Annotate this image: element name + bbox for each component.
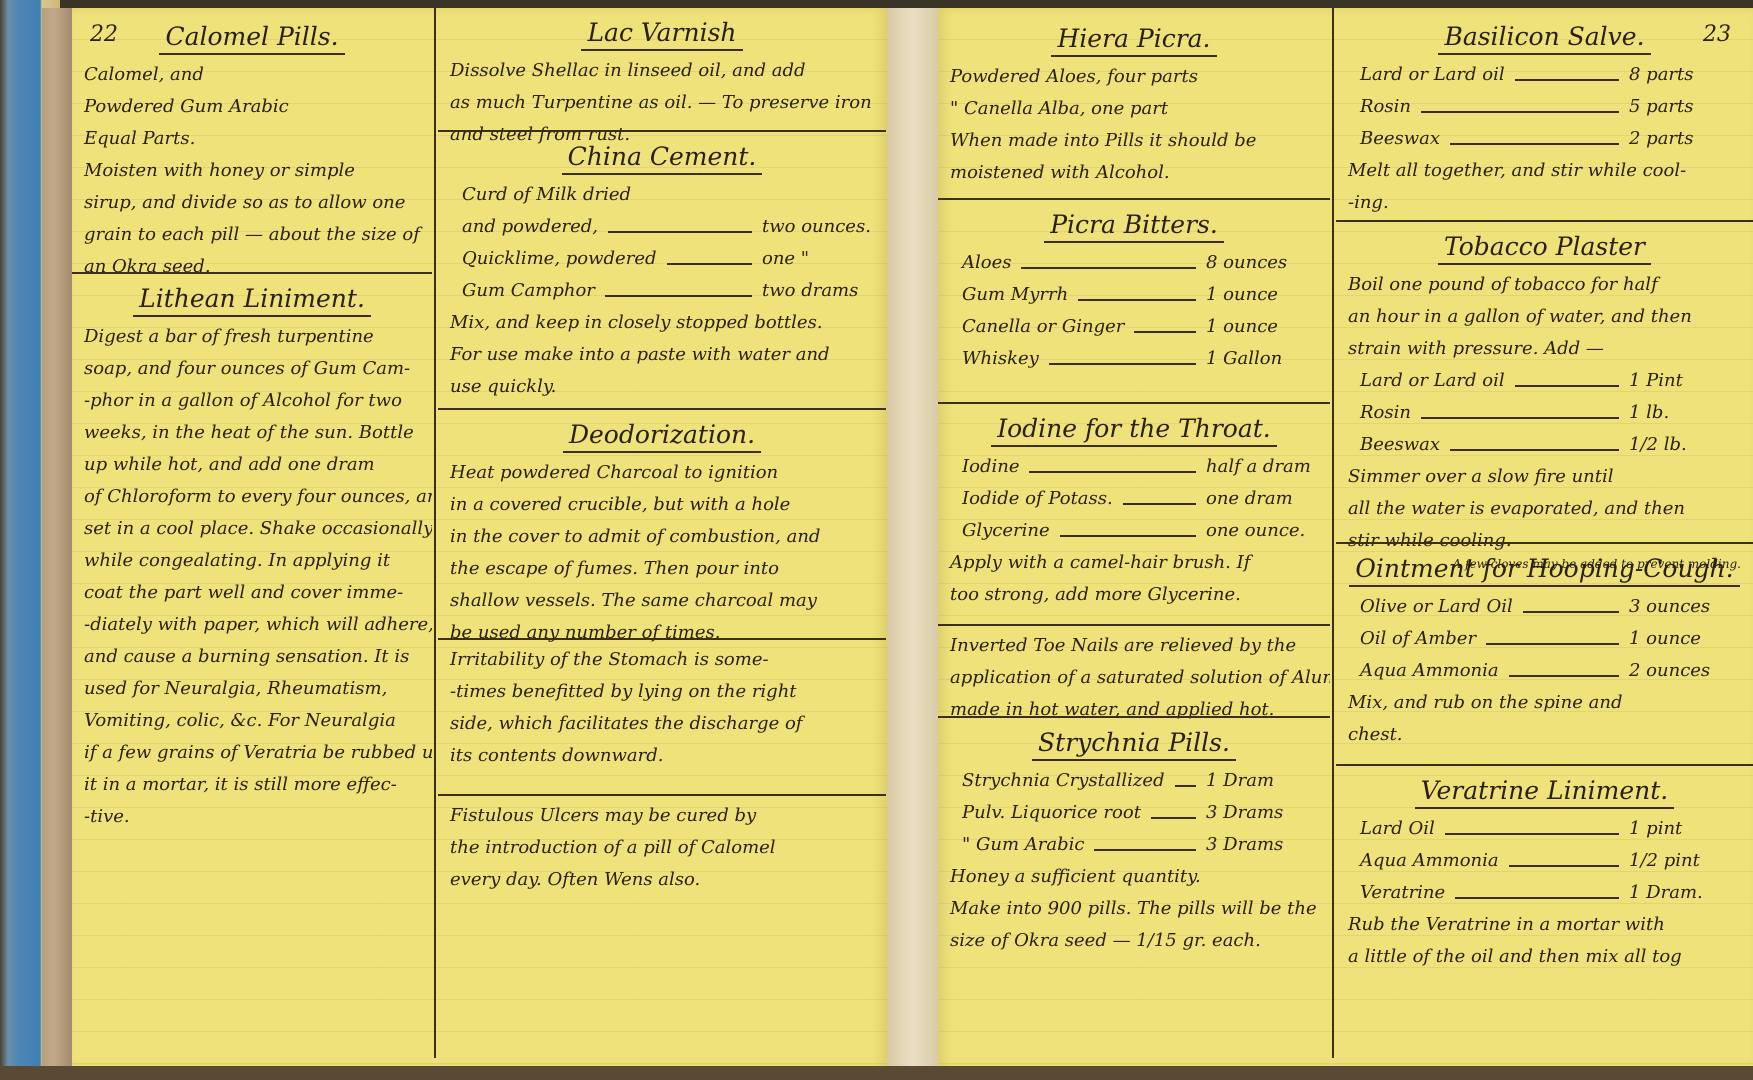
leader-line — [1450, 123, 1619, 145]
text-line: and cause a burning sensation. It is — [72, 641, 432, 673]
text-line: its contents downward. — [438, 740, 886, 772]
section-divider — [438, 794, 886, 796]
section-divider — [938, 198, 1330, 200]
leader-line — [1134, 311, 1196, 333]
ingredient-row: " Gum Arabic3 Drams — [938, 829, 1330, 861]
ingredient-quantity: 1 Gallon — [1206, 343, 1316, 375]
book-bottom-edge — [0, 1066, 1753, 1080]
ingredient-name: Lard or Lard oil — [1360, 59, 1505, 91]
ingredient-name: Quicklime, powdered — [462, 243, 657, 275]
text-line: Heat powdered Charcoal to ignition — [438, 457, 886, 489]
ingredient-quantity: 1 Dram. — [1629, 877, 1739, 909]
text-line: of Chloroform to every four ounces, and — [72, 481, 432, 513]
ingredient-row: Glycerineone ounce. — [938, 515, 1330, 547]
ingredient-quantity: 2 parts — [1629, 123, 1739, 155]
leader-line — [1445, 813, 1619, 835]
text-line: Mix, and keep in closely stopped bottles… — [438, 307, 886, 339]
recipe-title-text: Calomel Pills. — [159, 22, 344, 55]
ingredient-row: Lard or Lard oil1 Pint — [1336, 365, 1753, 397]
section-divider — [938, 624, 1330, 626]
text-line: -phor in a gallon of Alcohol for two — [72, 385, 432, 417]
left-column-2: Lac VarnishDissolve Shellac in linseed o… — [438, 8, 886, 1068]
ingredient-row: Curd of Milk dried — [438, 179, 886, 211]
text-line: Apply with a camel-hair brush. If — [938, 547, 1330, 579]
recipe-block: Veratrine Liniment.Lard Oil1 pintAqua Am… — [1336, 770, 1753, 973]
column-divider — [1332, 8, 1334, 1058]
text-line: Simmer over a slow fire until — [1336, 461, 1753, 493]
recipe-title-text: Deodorization. — [563, 420, 761, 453]
leader-line — [1123, 483, 1196, 505]
text-line: " Canella Alba, one part — [938, 93, 1330, 125]
text-line: Honey a sufficient quantity. — [938, 861, 1330, 893]
text-line: strain with pressure. Add — — [1336, 333, 1753, 365]
recipe-title: Ointment for Hooping-Cough. — [1336, 554, 1753, 583]
ingredient-name: Veratrine — [1360, 877, 1445, 909]
right-page: 23 Hiera Picra.Powdered Aloes, four part… — [938, 8, 1753, 1068]
recipe-title-text: Tobacco Plaster — [1438, 232, 1651, 265]
text-line: as much Turpentine as oil. — To preserve… — [438, 87, 886, 119]
recipe-title-text: Veratrine Liniment. — [1415, 776, 1675, 809]
text-line: application of a saturated solution of A… — [938, 662, 1330, 694]
text-line: For use make into a paste with water and — [438, 339, 886, 371]
ingredient-name: Rosin — [1360, 397, 1411, 429]
ingredient-quantity: 3 ounces — [1629, 591, 1739, 623]
text-line: every day. Often Wens also. — [438, 864, 886, 896]
text-line: sirup, and divide so as to allow one — [72, 187, 432, 219]
text-line: Rub the Veratrine in a mortar with — [1336, 909, 1753, 941]
ingredient-name: Beeswax — [1360, 123, 1440, 155]
text-line: the introduction of a pill of Calomel — [438, 832, 886, 864]
text-line: side, which facilitates the discharge of — [438, 708, 886, 740]
text-line: -times benefitted by lying on the right — [438, 676, 886, 708]
section-divider — [72, 272, 432, 274]
ingredient-row: Quicklime, powderedone " — [438, 243, 886, 275]
ingredient-quantity — [762, 179, 872, 211]
ingredient-name: Aqua Ammonia — [1360, 655, 1499, 687]
recipe-title-text: Basilicon Salve. — [1438, 22, 1650, 55]
ingredient-row: Rosin5 parts — [1336, 91, 1753, 123]
section-divider — [438, 130, 886, 132]
leader-line — [1509, 655, 1619, 677]
leader-line — [608, 211, 752, 233]
recipe-title-text: Ointment for Hooping-Cough. — [1349, 554, 1739, 587]
recipe-title: Deodorization. — [438, 420, 886, 449]
leader-line — [1060, 515, 1196, 537]
leader-line — [1515, 59, 1619, 81]
ingredient-row: Strychnia Crystallized1 Dram — [938, 765, 1330, 797]
ingredient-row: and powdered,two ounces. — [438, 211, 886, 243]
text-line: a little of the oil and then mix all tog — [1336, 941, 1753, 973]
leader-line — [1151, 797, 1196, 819]
recipe-title-text: Strychnia Pills. — [1032, 728, 1236, 761]
recipe-block: Hiera Picra.Powdered Aloes, four parts" … — [938, 18, 1330, 189]
text-line: Digest a bar of fresh turpentine — [72, 321, 432, 353]
recipe-title: Iodine for the Throat. — [938, 414, 1330, 443]
recipe-title: Lithean Liniment. — [72, 284, 432, 313]
ingredient-name: Gum Camphor — [462, 275, 595, 307]
text-line: weeks, in the heat of the sun. Bottle — [72, 417, 432, 449]
ingredient-name: " Gum Arabic — [962, 829, 1084, 861]
text-line: used for Neuralgia, Rheumatism, — [72, 673, 432, 705]
ingredient-quantity: 8 parts — [1629, 59, 1739, 91]
recipe-block: Lithean Liniment.Digest a bar of fresh t… — [72, 278, 432, 833]
recipe-title: Lac Varnish — [438, 18, 886, 47]
ingredient-row: Beeswax1/2 lb. — [1336, 429, 1753, 461]
recipe-title: Basilicon Salve. — [1336, 22, 1753, 51]
text-line: size of Okra seed — 1/15 gr. each. — [938, 925, 1330, 957]
text-line: grain to each pill — about the size of — [72, 219, 432, 251]
recipe-block: China Cement.Curd of Milk driedand powde… — [438, 136, 886, 403]
text-line: Equal Parts. — [72, 123, 432, 155]
text-line: up while hot, and add one dram — [72, 449, 432, 481]
text-line: set in a cool place. Shake occasionally — [72, 513, 432, 545]
recipe-block: Deodorization.Heat powdered Charcoal to … — [438, 414, 886, 649]
recipe-title-text: Lac Varnish — [581, 18, 742, 51]
recipe-block: Basilicon Salve.Lard or Lard oil8 partsR… — [1336, 16, 1753, 219]
leader-line — [1029, 451, 1196, 473]
text-line: Mix, and rub on the spine and — [1336, 687, 1753, 719]
text-line: Moisten with honey or simple — [72, 155, 432, 187]
left-column-1: Calomel Pills.Calomel, andPowdered Gum A… — [72, 8, 432, 1068]
leader-line — [667, 243, 753, 265]
recipe-title: Picra Bitters. — [938, 210, 1330, 239]
ingredient-row: Olive or Lard Oil3 ounces — [1336, 591, 1753, 623]
ingredient-row: Aqua Ammonia1/2 pint — [1336, 845, 1753, 877]
text-line: moistened with Alcohol. — [938, 157, 1330, 189]
text-line: coat the part well and cover imme- — [72, 577, 432, 609]
ingredient-row: Lard Oil1 pint — [1336, 813, 1753, 845]
recipe-title-text: Lithean Liniment. — [133, 284, 371, 317]
leader-line — [1515, 365, 1619, 387]
ingredient-name: Rosin — [1360, 91, 1411, 123]
leader-line — [1421, 91, 1619, 113]
right-column-2: Basilicon Salve.Lard or Lard oil8 partsR… — [1336, 8, 1753, 1068]
ingredient-quantity: one dram — [1206, 483, 1316, 515]
text-line: Dissolve Shellac in linseed oil, and add — [438, 55, 886, 87]
leader-line — [1175, 765, 1197, 787]
leader-line — [1450, 429, 1619, 451]
text-line: -ing. — [1336, 187, 1753, 219]
ingredient-name: Whiskey — [962, 343, 1039, 375]
ingredient-row: Rosin1 lb. — [1336, 397, 1753, 429]
leader-line — [605, 275, 752, 297]
recipe-block: Inverted Toe Nails are relieved by theap… — [938, 630, 1330, 726]
text-line: all the water is evaporated, and then — [1336, 493, 1753, 525]
text-line: Melt all together, and stir while cool- — [1336, 155, 1753, 187]
column-divider — [434, 8, 436, 1058]
ingredient-row: Whiskey1 Gallon — [938, 343, 1330, 375]
section-divider — [1336, 542, 1753, 544]
recipe-title: Strychnia Pills. — [938, 728, 1330, 757]
ingredient-row: Lard or Lard oil8 parts — [1336, 59, 1753, 91]
recipe-block: Picra Bitters.Aloes8 ouncesGum Myrrh1 ou… — [938, 204, 1330, 375]
ingredient-row: Aloes8 ounces — [938, 247, 1330, 279]
ingredient-row: Veratrine1 Dram. — [1336, 877, 1753, 909]
ingredient-row: Iodinehalf a dram — [938, 451, 1330, 483]
ingredient-name: and powdered, — [462, 211, 598, 243]
ingredient-name: Iodine — [962, 451, 1019, 483]
ingredient-name: Beeswax — [1360, 429, 1440, 461]
ingredient-quantity: 3 Drams — [1206, 829, 1316, 861]
recipe-block: Ointment for Hooping-Cough.Olive or Lard… — [1336, 548, 1753, 751]
page-gutter — [887, 8, 938, 1068]
recipe-block: Strychnia Pills.Strychnia Crystallized1 … — [938, 722, 1330, 957]
text-line: shallow vessels. The same charcoal may — [438, 585, 886, 617]
ingredient-quantity: two drams — [762, 275, 872, 307]
binding-strip — [42, 8, 73, 1070]
ingredient-quantity: 1 Pint — [1629, 365, 1739, 397]
text-line: Fistulous Ulcers may be cured by — [438, 800, 886, 832]
text-line: -diately with paper, which will adhere, — [72, 609, 432, 641]
recipe-title: China Cement. — [438, 142, 886, 171]
section-divider — [938, 716, 1330, 718]
ingredient-row: Iodide of Potass.one dram — [938, 483, 1330, 515]
leader-line — [1078, 279, 1196, 301]
ingredient-name: Canella or Ginger — [962, 311, 1124, 343]
ingredient-name: Aqua Ammonia — [1360, 845, 1499, 877]
text-line: Boil one pound of tobacco for half — [1336, 269, 1753, 301]
recipe-title-text: Picra Bitters. — [1044, 210, 1224, 243]
ingredient-row: Canella or Ginger1 ounce — [938, 311, 1330, 343]
section-divider — [438, 408, 886, 410]
ingredient-name: Strychnia Crystallized — [962, 765, 1165, 797]
recipe-block: Tobacco PlasterBoil one pound of tobacco… — [1336, 226, 1753, 571]
ingredient-name: Pulv. Liquorice root — [962, 797, 1141, 829]
ingredient-quantity: 2 ounces — [1629, 655, 1739, 687]
leader-line — [1455, 877, 1619, 899]
section-divider — [1336, 220, 1753, 222]
ingredient-name: Aloes — [962, 247, 1011, 279]
ingredient-quantity: 5 parts — [1629, 91, 1739, 123]
recipe-block: Fistulous Ulcers may be cured bythe intr… — [438, 800, 886, 896]
ingredient-name: Iodide of Potass. — [962, 483, 1113, 515]
text-line: too strong, add more Glycerine. — [938, 579, 1330, 611]
text-line: soap, and four ounces of Gum Cam- — [72, 353, 432, 385]
text-line: while congealating. In applying it — [72, 545, 432, 577]
recipe-block: Calomel Pills.Calomel, andPowdered Gum A… — [72, 16, 432, 283]
leader-line — [1421, 397, 1619, 419]
ingredient-row: Pulv. Liquorice root3 Drams — [938, 797, 1330, 829]
recipe-title-text: China Cement. — [562, 142, 763, 175]
text-line: an hour in a gallon of water, and then — [1336, 301, 1753, 333]
section-divider — [938, 402, 1330, 404]
ingredient-row: Oil of Amber1 ounce — [1336, 623, 1753, 655]
ingredient-name: Oil of Amber — [1360, 623, 1476, 655]
ingredient-quantity: 1/2 lb. — [1629, 429, 1739, 461]
section-divider — [1336, 764, 1753, 766]
text-line: in the cover to admit of combustion, and — [438, 521, 886, 553]
ingredient-quantity: 3 Drams — [1206, 797, 1316, 829]
ingredient-quantity: half a dram — [1206, 451, 1316, 483]
ingredient-quantity: 1 ounce — [1629, 623, 1739, 655]
text-line: in a covered crucible, but with a hole — [438, 489, 886, 521]
ingredient-quantity: one ounce. — [1206, 515, 1316, 547]
ingredient-row: Beeswax2 parts — [1336, 123, 1753, 155]
text-line: the escape of fumes. Then pour into — [438, 553, 886, 585]
leader-line — [1049, 343, 1196, 365]
right-column-1: Hiera Picra.Powdered Aloes, four parts" … — [938, 8, 1330, 1068]
text-line: chest. — [1336, 719, 1753, 751]
left-page: 22 Calomel Pills.Calomel, andPowdered Gu… — [72, 8, 887, 1068]
text-line: Vomiting, colic, &c. For Neuralgia — [72, 705, 432, 737]
text-line: Inverted Toe Nails are relieved by the — [938, 630, 1330, 662]
ingredient-quantity: 1 Dram — [1206, 765, 1316, 797]
recipe-title: Veratrine Liniment. — [1336, 776, 1753, 805]
leader-line — [631, 179, 762, 211]
ingredient-name: Curd of Milk dried — [462, 179, 631, 211]
ingredient-row: Gum Camphortwo drams — [438, 275, 886, 307]
ingredient-name: Lard or Lard oil — [1360, 365, 1505, 397]
ingredient-quantity: 1 ounce — [1206, 311, 1316, 343]
text-line: if a few grains of Veratria be rubbed up… — [72, 737, 432, 769]
ingredient-quantity: 1/2 pint — [1629, 845, 1739, 877]
text-line: Make into 900 pills. The pills will be t… — [938, 893, 1330, 925]
ingredient-quantity: 1 lb. — [1629, 397, 1739, 429]
leader-line — [1021, 247, 1196, 269]
recipe-title-text: Hiera Picra. — [1051, 24, 1216, 57]
recipe-title: Hiera Picra. — [938, 24, 1330, 53]
ingredient-row: Gum Myrrh1 ounce — [938, 279, 1330, 311]
leader-line — [1509, 845, 1619, 867]
ingredient-name: Glycerine — [962, 515, 1050, 547]
ingredient-quantity: 1 ounce — [1206, 279, 1316, 311]
section-divider — [438, 638, 886, 640]
leader-line — [1523, 591, 1619, 613]
ingredient-quantity: 8 ounces — [1206, 247, 1316, 279]
text-line: use quickly. — [438, 371, 886, 403]
recipe-title-text: Iodine for the Throat. — [991, 414, 1277, 447]
text-line: Powdered Gum Arabic — [72, 91, 432, 123]
ingredient-name: Gum Myrrh — [962, 279, 1068, 311]
ingredient-quantity: one " — [762, 243, 872, 275]
recipe-title: Calomel Pills. — [72, 22, 432, 51]
text-line: Irritability of the Stomach is some- — [438, 644, 886, 676]
ingredient-quantity: 1 pint — [1629, 813, 1739, 845]
text-line: Calomel, and — [72, 59, 432, 91]
text-line: When made into Pills it should be — [938, 125, 1330, 157]
text-line: -tive. — [72, 801, 432, 833]
recipe-block: Irritability of the Stomach is some--tim… — [438, 644, 886, 772]
ingredient-quantity: two ounces. — [762, 211, 872, 243]
recipe-title: Tobacco Plaster — [1336, 232, 1753, 261]
leader-line — [1486, 623, 1619, 645]
leader-line — [1094, 829, 1196, 851]
text-line: it in a mortar, it is still more effec- — [72, 769, 432, 801]
ingredient-name: Olive or Lard Oil — [1360, 591, 1513, 623]
ingredient-name: Lard Oil — [1360, 813, 1435, 845]
ingredient-row: Aqua Ammonia2 ounces — [1336, 655, 1753, 687]
text-line: Powdered Aloes, four parts — [938, 61, 1330, 93]
recipe-block: Iodine for the Throat.Iodinehalf a dramI… — [938, 408, 1330, 611]
